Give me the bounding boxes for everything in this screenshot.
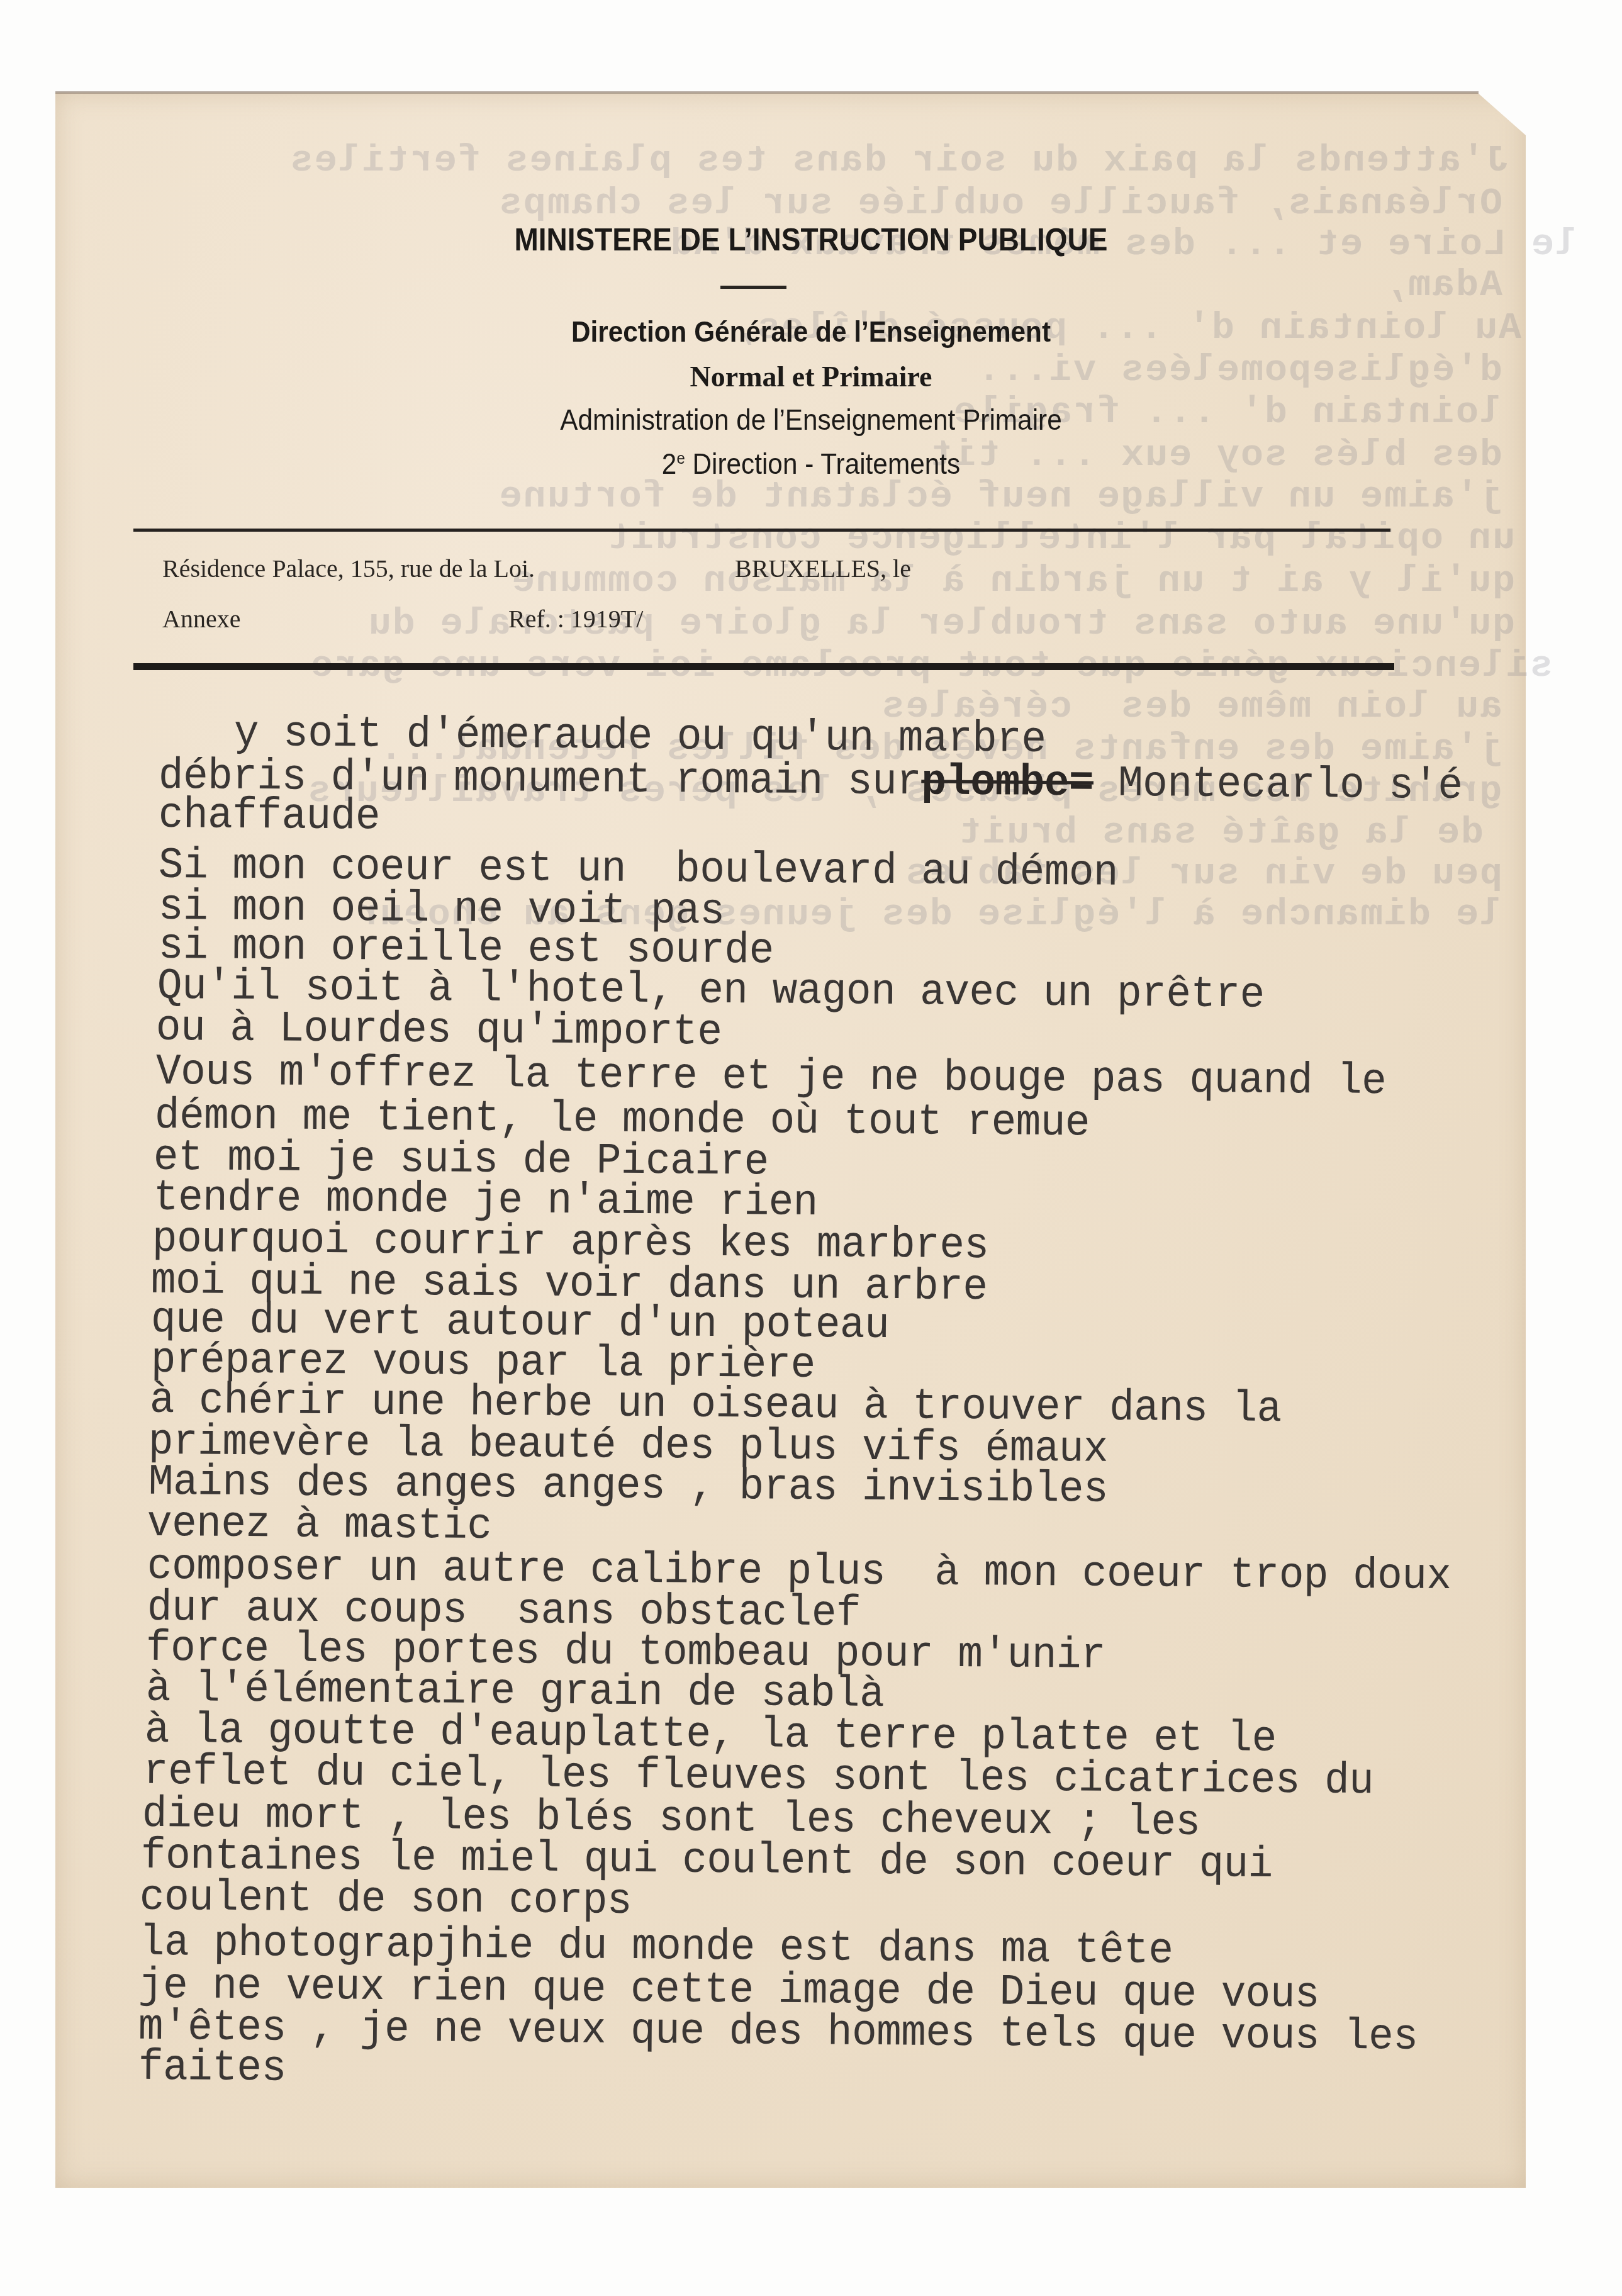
header-dash-divider (720, 286, 786, 289)
direction-line: 2e Direction - Traitements (65, 447, 1557, 481)
typed-line: m'êtes , je ne veux que des hommes tels … (138, 2002, 1418, 2062)
administration-line: Administration de l’Enseignement Primair… (65, 403, 1557, 437)
direction-ordinal: e (676, 449, 685, 468)
typed-line: faites (138, 2042, 286, 2093)
header-rule-thick (133, 663, 1394, 670)
reference-number: Ref. : 1919T/ (508, 604, 643, 634)
direction-number: 2 (662, 447, 677, 480)
address-text: Résidence Palace, 155, rue de la Loi. (162, 554, 535, 583)
typed-line: chaffaude (159, 790, 381, 842)
header-rule-thin (133, 529, 1390, 532)
typed-segment: Montecarlo s'é (1093, 759, 1463, 811)
annexe-label: Annexe (162, 604, 240, 634)
struck-through-word: plombe= (921, 758, 1093, 809)
ministry-title: MINISTERE DE L’INSTRUCTION PUBLIQUE (65, 221, 1557, 258)
city-date-text: BRUXELLES, le (735, 554, 911, 583)
paper-top-edge (55, 91, 1479, 94)
department-line-1: Direction Générale de l’Enseignement (65, 315, 1557, 349)
direction-text: Direction - Traitements (685, 447, 960, 480)
department-line-2: Normal et Primaire (0, 360, 1622, 393)
